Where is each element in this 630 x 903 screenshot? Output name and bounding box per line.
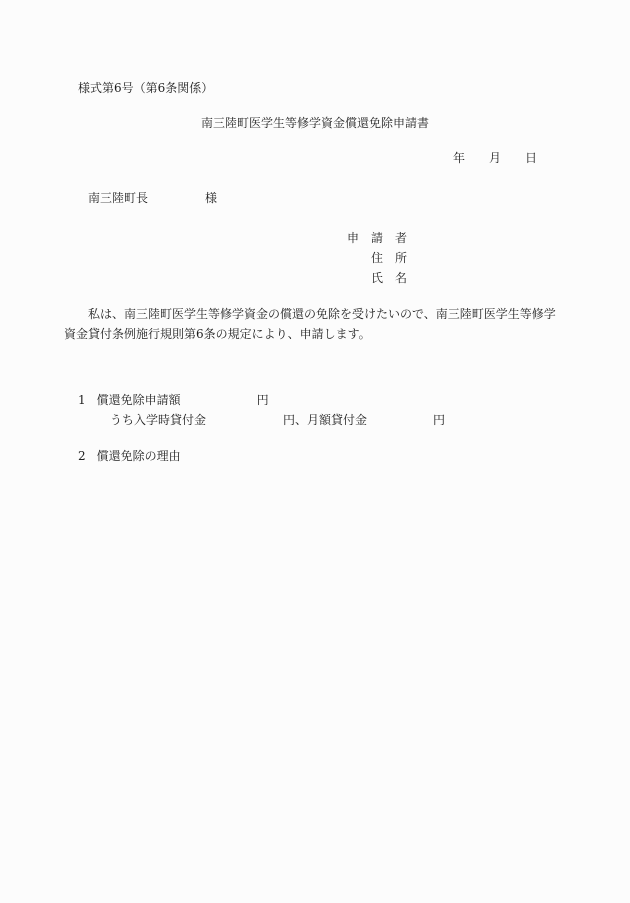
page-title: 南三陸町医学生等修学資金償還免除申請書 [0,117,630,130]
item-2-number: 2 [78,449,86,463]
addressee-line: 南三陸町長様 [88,192,217,205]
addressee-honorific: 様 [205,191,217,205]
addressee-name: 南三陸町長 [88,191,148,205]
item-1-unit: 円 [257,393,269,407]
applicant-label: 申 請 者 [347,232,407,245]
item-1-sub-line: うち入学時貸付金円、月額貸付金円 [110,414,445,427]
item-1-sub-label2: 月額貸付金 [307,413,367,427]
form-number: 様式第6号（第6条関係） [78,82,213,95]
item-1-sub-label: うち入学時貸付金 [110,413,206,427]
date-line: 年 月 日 [453,152,537,165]
item-1-number: 1 [78,393,86,407]
item-1-line: 1償還免除申請額円 [78,394,269,407]
entrance-amount-blank [206,423,283,424]
monthly-amount-blank [367,423,433,424]
item-2-line: 2償還免除の理由 [78,450,181,463]
item-2-label: 償還免除の理由 [97,449,181,463]
applicant-name-label: 氏 名 [371,272,407,285]
item-1-sub-unit2: 円 [433,413,445,427]
item-1-amount-blank [181,403,257,404]
body-paragraph: 私は、南三陸町医学生等修学資金の償還の免除を受けたいので、南三陸町医学生等修学資… [64,304,560,344]
applicant-address-label: 住 所 [371,252,407,265]
item-1-sub-unit1: 円、 [283,413,307,427]
item-1-label: 償還免除申請額 [97,393,181,407]
application-form-page: 様式第6号（第6条関係） 南三陸町医学生等修学資金償還免除申請書 年 月 日 南… [0,0,630,903]
